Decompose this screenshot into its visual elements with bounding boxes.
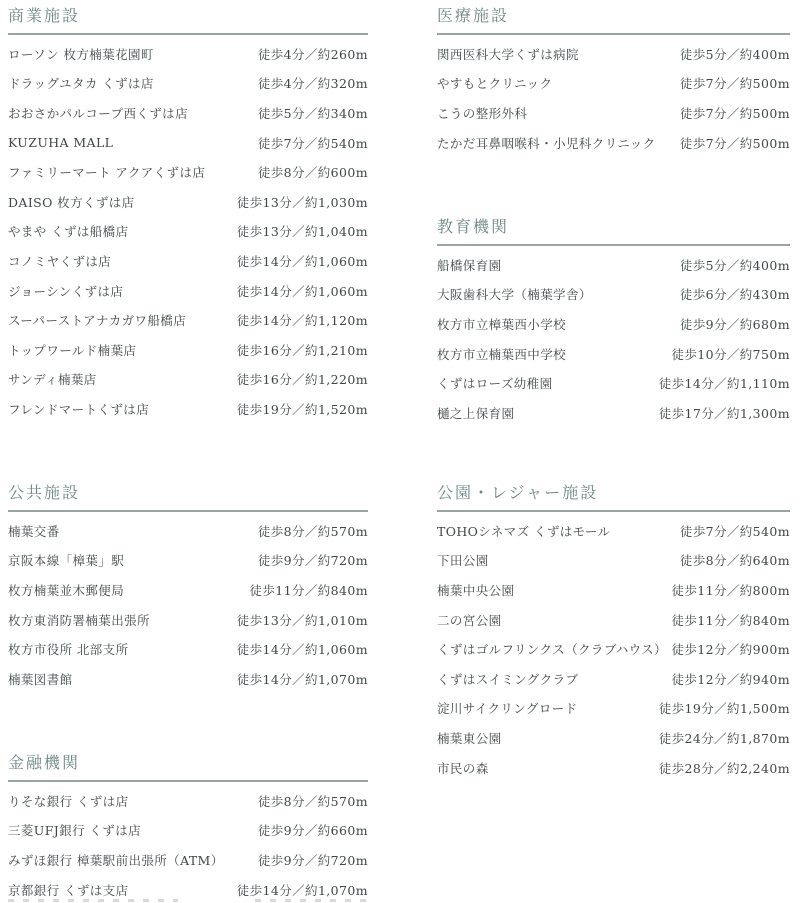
facility-row: 枚方市立樟葉西小学校徒歩9分／約680m — [437, 309, 790, 339]
facility-row: 船橋保育園徒歩5分／約400m — [437, 250, 790, 280]
facility-row: 枚方市立楠葉西中学校徒歩10分／約750m — [437, 339, 790, 369]
facility-access-distance: 徒歩9分／約680m — [680, 315, 790, 333]
facility-row: 関西医科大学くずは病院徒歩5分／約400m — [437, 39, 790, 69]
facility-name: 京都銀行 くずは支店 — [8, 881, 128, 899]
facility-access-distance: 徒歩12分／約900m — [671, 640, 790, 658]
facility-access-distance: 徒歩7分／約500m — [680, 134, 790, 152]
section-rule — [8, 510, 368, 512]
facility-list-education: 船橋保育園徒歩5分／約400m大阪歯科大学（楠葉学舎）徒歩6分／約430m枚方市… — [437, 250, 790, 428]
facility-access-distance: 徒歩24分／約1,870m — [659, 729, 790, 747]
facility-name: 枚方市役所 北部支所 — [8, 640, 128, 658]
facility-name: 樋之上保育園 — [437, 404, 514, 422]
section-financial: 金融機関 りそな銀行 くずは店徒歩8分／約570m三菱UFJ銀行 くずは店徒歩9… — [8, 750, 368, 903]
facility-row: ドラッグユタカ くずは店徒歩4分／約320m — [8, 69, 368, 99]
facility-access-distance: 徒歩16分／約1,220m — [237, 370, 368, 388]
facility-row: 大阪歯科大学（楠葉学舎）徒歩6分／約430m — [437, 280, 790, 310]
section-shopping: 商業施設 ローソン 枚方楠葉花園町徒歩4分／約260mドラッグユタカ くずは店徒… — [8, 3, 368, 424]
facility-name: 大阪歯科大学（楠葉学舎） — [437, 285, 592, 303]
facility-name: 楠葉交番 — [8, 522, 60, 540]
section-parks: 公園・レジャー施設 TOHOシネマズ くずはモール徒歩7分／約540m下田公園徒… — [437, 480, 790, 782]
facility-name: 船橋保育園 — [437, 256, 502, 274]
facility-row: TOHOシネマズ くずはモール徒歩7分／約540m — [437, 516, 790, 546]
facility-name: 枚方東消防署楠葉出張所 — [8, 611, 150, 629]
facility-name: 三菱UFJ銀行 くずは店 — [8, 821, 141, 839]
facility-access-distance: 徒歩5分／約340m — [258, 104, 368, 122]
section-rule — [8, 780, 368, 782]
cutoff-text-remnant — [255, 899, 367, 902]
section-rule — [437, 510, 790, 512]
facility-name: 市民の森 — [437, 759, 489, 777]
facility-access-distance: 徒歩19分／約1,520m — [237, 400, 368, 418]
facility-row: 市民の森徒歩28分／約2,240m — [437, 753, 790, 783]
facility-access-distance: 徒歩8分／約640m — [680, 551, 790, 569]
section-title-shopping: 商業施設 — [8, 3, 368, 28]
facility-list-financial: りそな銀行 くずは店徒歩8分／約570m三菱UFJ銀行 くずは店徒歩9分／約66… — [8, 786, 368, 903]
facility-access-distance: 徒歩9分／約720m — [258, 551, 368, 569]
facility-name: くずはゴルフリンクス（クラブハウス） — [437, 640, 667, 658]
facility-row: ローソン 枚方楠葉花園町徒歩4分／約260m — [8, 39, 368, 69]
facility-row: スーパーストアナカガワ船橋店徒歩14分／約1,120m — [8, 305, 368, 335]
section-education: 教育機関 船橋保育園徒歩5分／約400m大阪歯科大学（楠葉学舎）徒歩6分／約43… — [437, 214, 790, 428]
section-title-financial: 金融機関 — [8, 750, 368, 775]
facility-access-distance: 徒歩7分／約540m — [680, 522, 790, 540]
facility-name: みずほ銀行 樟葉駅前出張所（ATM） — [8, 851, 224, 869]
facility-access-distance: 徒歩16分／約1,210m — [237, 341, 368, 359]
facility-access-distance: 徒歩13分／約1,040m — [237, 222, 368, 240]
facility-access-distance: 徒歩14分／約1,070m — [237, 881, 368, 899]
facility-name: TOHOシネマズ くずはモール — [437, 522, 611, 540]
facility-name: くずはローズ幼稚園 — [437, 374, 552, 392]
facility-access-distance: 徒歩5分／約400m — [680, 256, 790, 274]
facility-name: やすもとクリニック — [437, 74, 552, 92]
facility-name: 京阪本線「樟葉」駅 — [8, 551, 124, 569]
facility-row: りそな銀行 くずは店徒歩8分／約570m — [8, 786, 368, 816]
facility-row: くずはゴルフリンクス（クラブハウス）徒歩12分／約900m — [437, 634, 790, 664]
facility-name: ドラッグユタカ くずは店 — [8, 74, 154, 92]
facility-row: トップワールド楠葉店徒歩16分／約1,210m — [8, 335, 368, 365]
facility-name: ジョーシンくずは店 — [8, 282, 123, 300]
facility-access-distance: 徒歩7分／約540m — [258, 134, 368, 152]
facility-row: 楠葉中央公園徒歩11分／約800m — [437, 575, 790, 605]
facility-row: やまや くずは船橋店徒歩13分／約1,040m — [8, 217, 368, 247]
facility-row: たかだ耳鼻咽喉科・小児科クリニック徒歩7分／約500m — [437, 128, 790, 158]
facility-list-parks: TOHOシネマズ くずはモール徒歩7分／約540m下田公園徒歩8分／約640m楠… — [437, 516, 790, 782]
facility-access-distance: 徒歩14分／約1,060m — [237, 252, 368, 270]
facility-access-distance: 徒歩8分／約570m — [258, 792, 368, 810]
facility-access-distance: 徒歩14分／約1,120m — [237, 311, 368, 329]
facility-list-shopping: ローソン 枚方楠葉花園町徒歩4分／約260mドラッグユタカ くずは店徒歩4分／約… — [8, 39, 368, 424]
facility-row: こうの整形外科徒歩7分／約500m — [437, 98, 790, 128]
facility-access-distance: 徒歩4分／約260m — [258, 45, 368, 63]
facility-row: みずほ銀行 樟葉駅前出張所（ATM）徒歩9分／約720m — [8, 845, 368, 875]
facility-row: 淀川サイクリングロード徒歩19分／約1,500m — [437, 694, 790, 724]
facility-access-distance: 徒歩5分／約400m — [680, 45, 790, 63]
facility-access-distance: 徒歩14分／約1,110m — [659, 374, 790, 392]
facility-access-distance: 徒歩6分／約430m — [680, 285, 790, 303]
facility-row: くずはローズ幼稚園徒歩14分／約1,110m — [437, 368, 790, 398]
facility-access-distance: 徒歩11分／約840m — [249, 581, 368, 599]
facility-access-distance: 徒歩13分／約1,030m — [237, 193, 368, 211]
facility-row: サンディ楠葉店徒歩16分／約1,220m — [8, 365, 368, 395]
facility-access-distance: 徒歩14分／約1,070m — [237, 670, 368, 688]
section-rule — [8, 33, 368, 35]
facility-name: 楠葉図書館 — [8, 670, 73, 688]
facility-name: フレンドマートくずは店 — [8, 400, 149, 418]
facility-name: スーパーストアナカガワ船橋店 — [8, 311, 186, 329]
facility-row: 枚方東消防署楠葉出張所徒歩13分／約1,010m — [8, 605, 368, 635]
facility-access-distance: 徒歩10分／約750m — [671, 345, 790, 363]
facility-access-distance: 徒歩7分／約500m — [680, 74, 790, 92]
facility-name: くずはスイミングクラブ — [437, 670, 578, 688]
facility-row: 枚方楠葉並木郵便局徒歩11分／約840m — [8, 575, 368, 605]
facility-name: 関西医科大学くずは病院 — [437, 45, 579, 63]
facility-row: ジョーシンくずは店徒歩14分／約1,060m — [8, 276, 368, 306]
section-title-public: 公共施設 — [8, 480, 368, 505]
section-rule — [437, 33, 790, 35]
facility-access-distance: 徒歩19分／約1,500m — [659, 699, 790, 717]
facility-access-distance: 徒歩11分／約800m — [671, 581, 790, 599]
facility-list-public: 楠葉交番徒歩8分／約570m京阪本線「樟葉」駅徒歩9分／約720m枚方楠葉並木郵… — [8, 516, 368, 694]
section-title-medical: 医療施設 — [437, 3, 790, 28]
facility-access-distance: 徒歩9分／約720m — [258, 851, 368, 869]
section-title-parks: 公園・レジャー施設 — [437, 480, 790, 505]
facility-row: DAISO 枚方くずは店徒歩13分／約1,030m — [8, 187, 368, 217]
facility-name: サンディ楠葉店 — [8, 370, 97, 388]
facility-access-distance: 徒歩14分／約1,060m — [237, 640, 368, 658]
facility-row: 二の宮公園徒歩11分／約840m — [437, 605, 790, 635]
facility-access-distance: 徒歩11分／約840m — [671, 611, 790, 629]
facility-row: 三菱UFJ銀行 くずは店徒歩9分／約660m — [8, 816, 368, 846]
facility-access-distance: 徒歩12分／約940m — [671, 670, 790, 688]
section-title-education: 教育機関 — [437, 214, 790, 239]
facility-name: りそな銀行 くずは店 — [8, 792, 128, 810]
facility-row: 下田公園徒歩8分／約640m — [437, 546, 790, 576]
facility-name: 枚方市立楠葉西中学校 — [437, 345, 566, 363]
facility-name: こうの整形外科 — [437, 104, 527, 122]
facility-row: おおさかパルコープ西くずは店徒歩5分／約340m — [8, 98, 368, 128]
facility-row: ファミリーマート アクアくずは店徒歩8分／約600m — [8, 157, 368, 187]
facility-name: 楠葉東公園 — [437, 729, 502, 747]
facility-access-distance: 徒歩8分／約570m — [258, 522, 368, 540]
facility-row: 樋之上保育園徒歩17分／約1,300m — [437, 398, 790, 428]
facility-access-distance: 徒歩8分／約600m — [258, 163, 368, 181]
facility-name: KUZUHA MALL — [8, 135, 113, 150]
facility-row: 楠葉図書館徒歩14分／約1,070m — [8, 664, 368, 694]
facility-name: 淀川サイクリングロード — [437, 699, 578, 717]
facility-row: フレンドマートくずは店徒歩19分／約1,520m — [8, 394, 368, 424]
facility-row: 京阪本線「樟葉」駅徒歩9分／約720m — [8, 546, 368, 576]
facility-name: 下田公園 — [437, 551, 489, 569]
facility-name: 楠葉中央公園 — [437, 581, 514, 599]
facility-name: コノミヤくずは店 — [8, 252, 111, 270]
facility-name: 枚方楠葉並木郵便局 — [8, 581, 124, 599]
facility-row: やすもとクリニック徒歩7分／約500m — [437, 69, 790, 99]
facility-row: 枚方市役所 北部支所徒歩14分／約1,060m — [8, 634, 368, 664]
facility-row: くずはスイミングクラブ徒歩12分／約940m — [437, 664, 790, 694]
facility-name: DAISO 枚方くずは店 — [8, 193, 135, 211]
facility-name: 枚方市立樟葉西小学校 — [437, 315, 566, 333]
section-medical: 医療施設 関西医科大学くずは病院徒歩5分／約400mやすもとクリニック徒歩7分／… — [437, 3, 790, 157]
facility-access-distance: 徒歩7分／約500m — [680, 104, 790, 122]
facility-access-distance: 徒歩9分／約660m — [258, 821, 368, 839]
facility-row: コノミヤくずは店徒歩14分／約1,060m — [8, 246, 368, 276]
cutoff-text-remnant — [8, 899, 178, 902]
facility-access-distance: 徒歩4分／約320m — [258, 74, 368, 92]
facility-name: 二の宮公園 — [437, 611, 502, 629]
section-public: 公共施設 楠葉交番徒歩8分／約570m京阪本線「樟葉」駅徒歩9分／約720m枚方… — [8, 480, 368, 694]
facility-row: 楠葉東公園徒歩24分／約1,870m — [437, 723, 790, 753]
facility-row: KUZUHA MALL徒歩7分／約540m — [8, 128, 368, 158]
facility-access-distance: 徒歩17分／約1,300m — [659, 404, 790, 422]
facility-access-distance: 徒歩28分／約2,240m — [659, 759, 790, 777]
facility-row: 楠葉交番徒歩8分／約570m — [8, 516, 368, 546]
facility-name: やまや くずは船橋店 — [8, 222, 128, 240]
facility-name: ローソン 枚方楠葉花園町 — [8, 45, 154, 63]
section-rule — [437, 244, 790, 246]
facility-name: おおさかパルコープ西くずは店 — [8, 104, 188, 122]
facility-list-medical: 関西医科大学くずは病院徒歩5分／約400mやすもとクリニック徒歩7分／約500m… — [437, 39, 790, 157]
facility-name: トップワールド楠葉店 — [8, 341, 136, 359]
facility-access-distance: 徒歩13分／約1,010m — [237, 611, 368, 629]
facility-name: たかだ耳鼻咽喉科・小児科クリニック — [437, 134, 656, 152]
facility-access-distance: 徒歩14分／約1,060m — [237, 282, 368, 300]
facility-name: ファミリーマート アクアくずは店 — [8, 163, 205, 181]
